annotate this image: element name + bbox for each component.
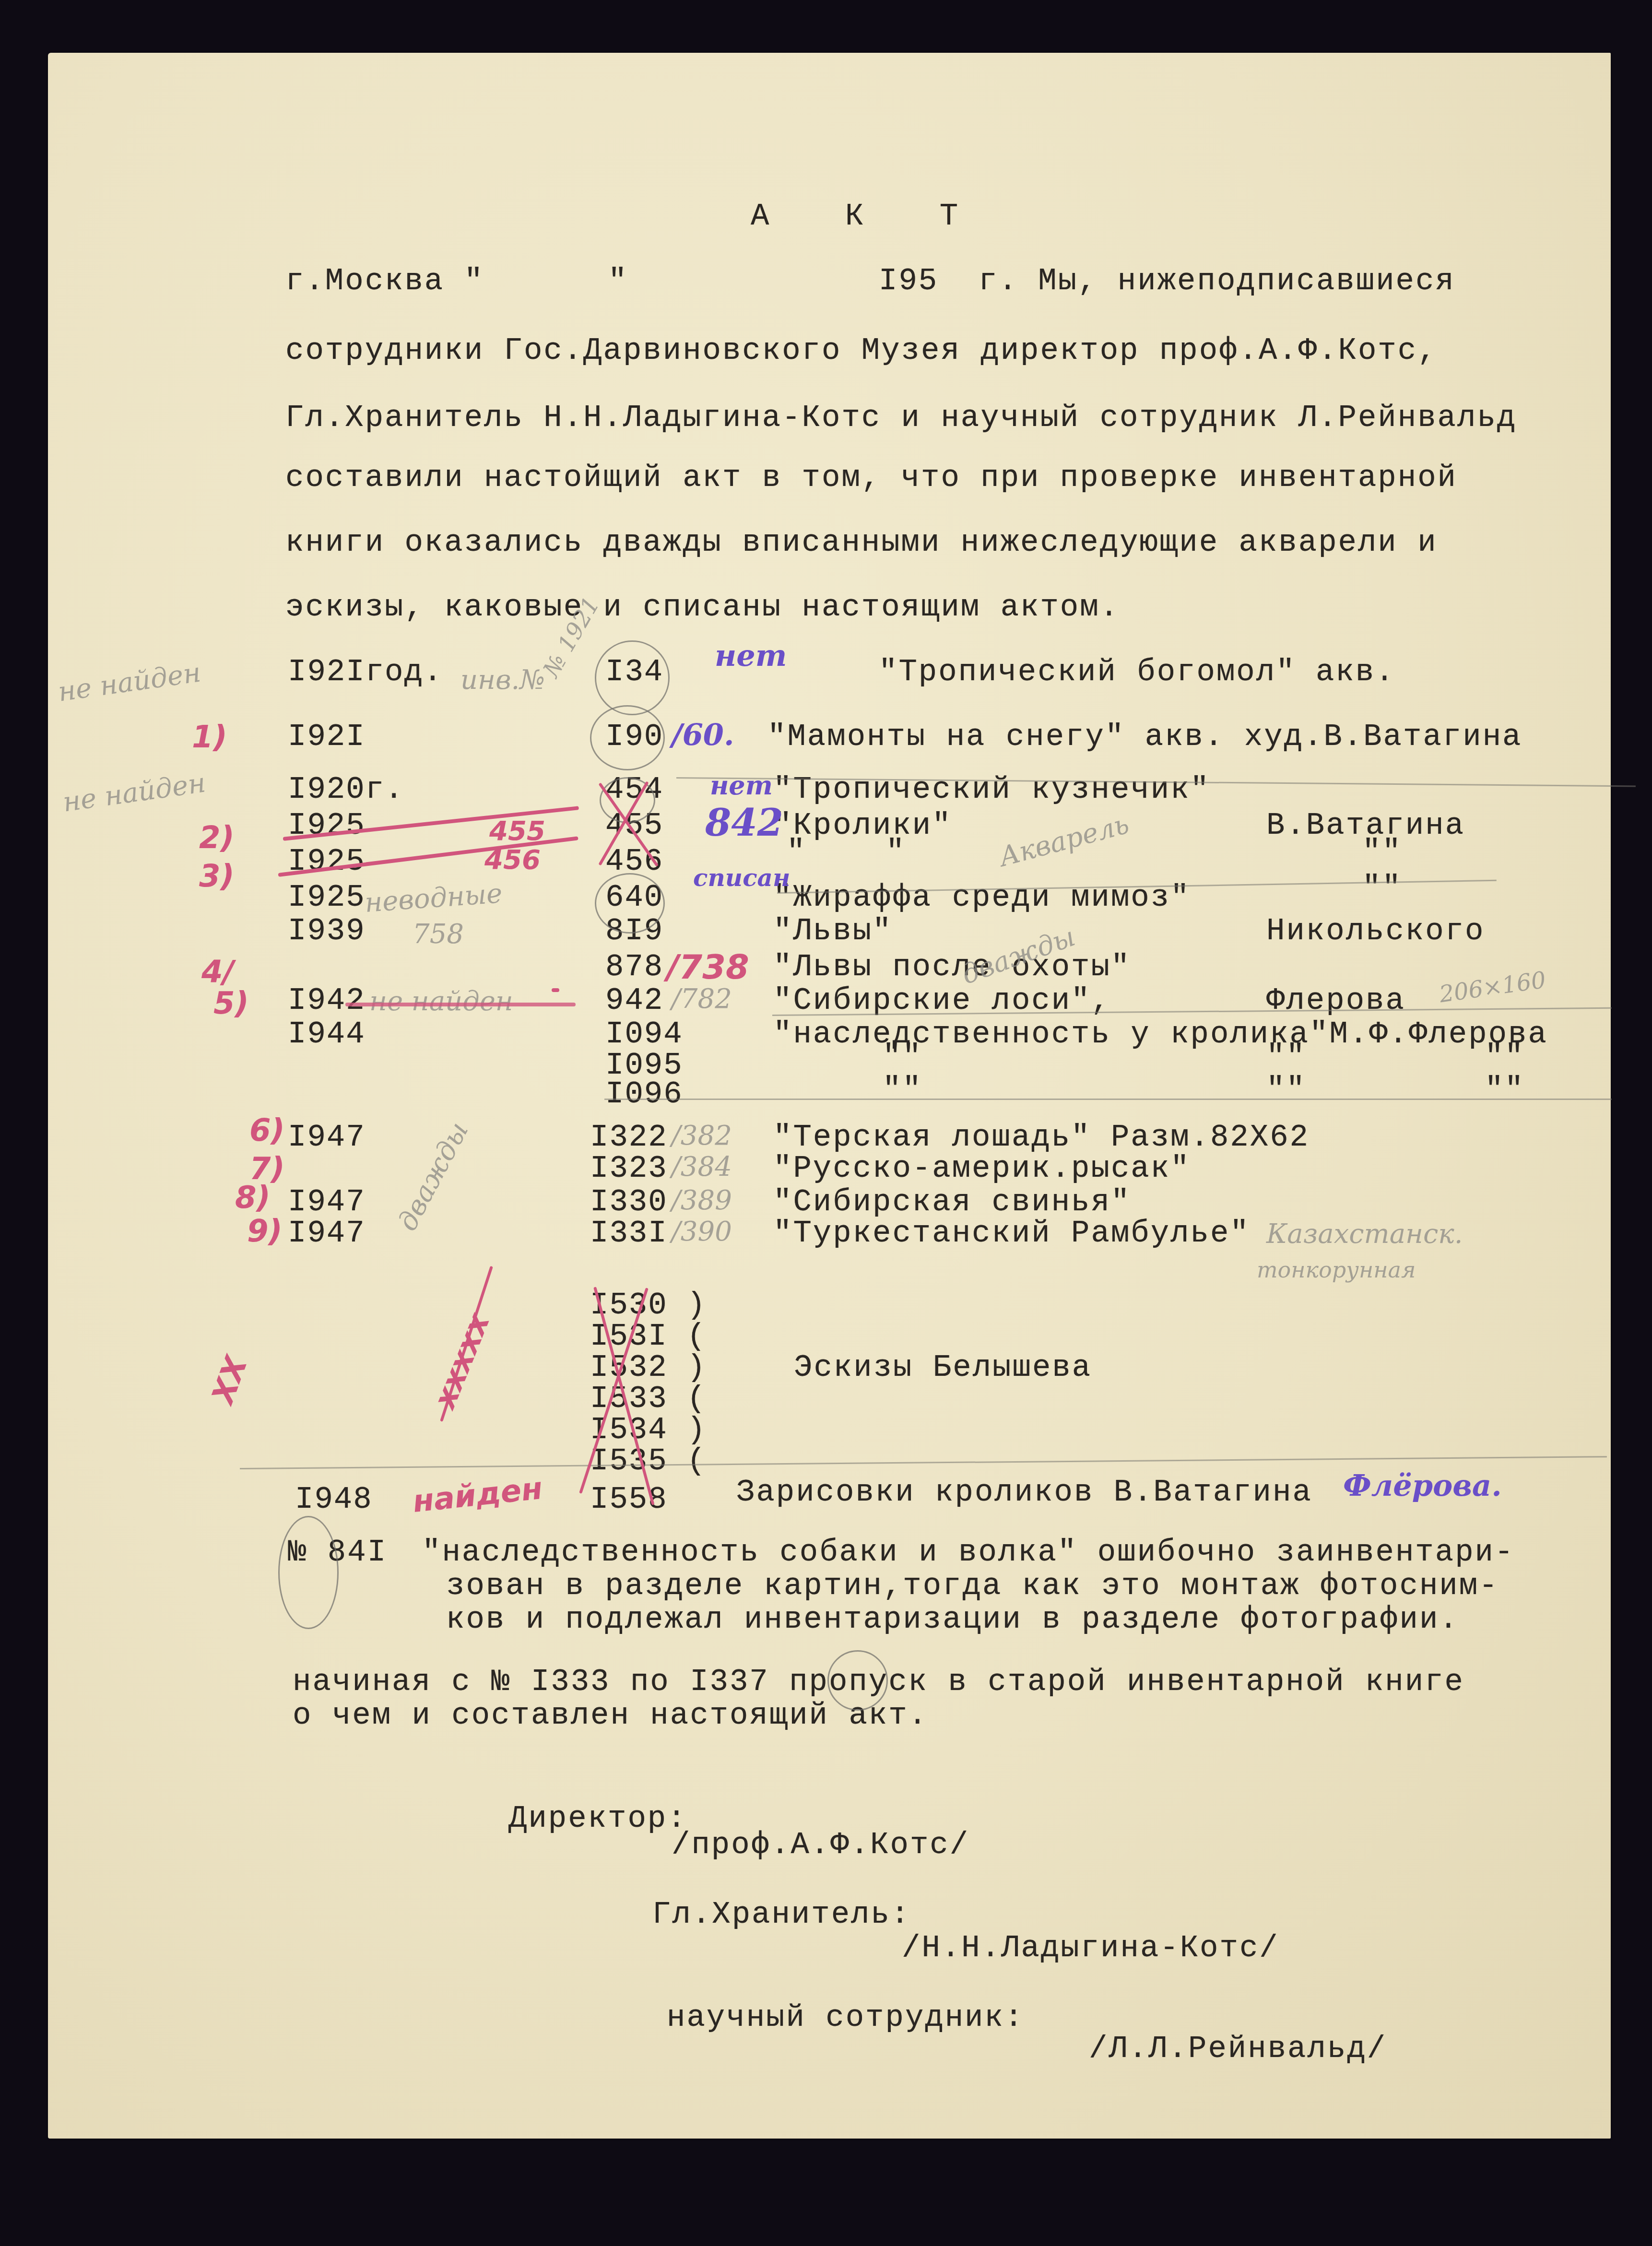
entry-number: I096: [605, 1079, 683, 1110]
red-number: 455: [489, 816, 545, 847]
entry-author: "": [1362, 873, 1402, 904]
pencil-note: /389: [672, 1185, 732, 1216]
entry-title: "": [883, 1075, 922, 1105]
entry-year: I947: [288, 1123, 366, 1153]
intro-line: книги оказались дважды вписанными нижесл…: [285, 528, 1438, 558]
entry-year: I920г.: [288, 775, 404, 805]
pencil-note: /384: [672, 1151, 732, 1182]
red-marker: 8): [235, 1180, 271, 1216]
header-rest: г. Мы, нижеподписавшиеся: [979, 266, 1455, 297]
entry-title: "Львы": [773, 916, 892, 947]
signature-role-keeper: Гл.Хранитель:: [652, 1900, 910, 1930]
entry-title: Зарисовки кроликов В.Ватагина: [736, 1478, 1312, 1508]
entry-author: Никольского: [1266, 916, 1485, 947]
header-place: г.Москва ": [285, 266, 484, 297]
entry-number: 942: [605, 986, 663, 1017]
sketches-label: Эскизы Белышева: [794, 1353, 1092, 1383]
entry-number: I323: [590, 1154, 668, 1184]
entry-author: Флерова: [1266, 986, 1405, 1017]
violet-note: нет: [715, 638, 787, 673]
intro-line: эскизы, каковые и списаны настоящим акто…: [285, 592, 1120, 623]
violet-note: нет: [710, 770, 773, 801]
sketch-number: I530 ): [590, 1290, 706, 1321]
red-marker: 4/: [201, 955, 234, 990]
red-marker: 3): [199, 859, 235, 894]
note-841-line: ков и подлежал инвентаризации в разделе …: [446, 1605, 1459, 1635]
pencil-circle: [278, 1516, 339, 1629]
gap-note-line: о чем и составлен настоящий акт.: [293, 1701, 928, 1731]
red-marker: 2): [199, 820, 235, 856]
entry-number: I094: [605, 1019, 683, 1050]
entry-title: "Сибирская свинья": [773, 1187, 1131, 1218]
entry-year: I944: [288, 1019, 366, 1050]
entry-year: I942: [288, 986, 366, 1017]
header-year: I95: [879, 266, 938, 297]
document-title: А К Т: [751, 201, 987, 232]
pencil-note: /390: [672, 1216, 732, 1247]
pencil-strikethrough: [604, 1099, 1612, 1100]
pencil-note: инв.№: [460, 664, 545, 696]
red-marker: 1): [192, 720, 227, 755]
pencil-note: /782: [672, 983, 732, 1015]
entry-number: I558: [590, 1485, 668, 1515]
pencil-note: не найден: [369, 986, 513, 1017]
pencil-circle: [595, 640, 670, 715]
signature-name-researcher: /Л.Л.Рейнвальд/: [1089, 2034, 1387, 2065]
note-841-line: "наследственность собаки и волка" ошибоч…: [422, 1537, 1514, 1568]
red-dashed-line: [345, 1003, 576, 1006]
signature-role-director: Директор:: [508, 1804, 687, 1834]
entry-number: I330: [590, 1187, 668, 1218]
violet-note: /60.: [672, 717, 734, 752]
entry-year: I939: [288, 916, 366, 947]
pencil-note: тонкорунная: [1257, 1257, 1416, 1283]
entry-title: "": [883, 1042, 922, 1073]
entry-author: "" "": [1266, 1075, 1524, 1105]
entry-title: "Мамонты на снегу" акв. худ.В.Ватагина: [767, 722, 1522, 753]
entry-number: I095: [605, 1051, 683, 1081]
entry-year: I947: [288, 1187, 366, 1218]
entry-year: I948: [295, 1485, 373, 1515]
red-marker: 9): [247, 1214, 283, 1249]
violet-note: Флёрова.: [1343, 1468, 1502, 1503]
entry-author: "" "": [1266, 1042, 1524, 1073]
entry-year: I925: [288, 883, 366, 913]
entry-title: "Терская лошадь" Разм.82Х62: [773, 1123, 1310, 1153]
signature-name-director: /проф.А.Ф.Котс/: [672, 1830, 969, 1861]
header-quote-close: ": [608, 266, 628, 297]
entry-title: " ": [787, 837, 906, 868]
pencil-circle: [827, 1650, 888, 1711]
entry-author: "": [1362, 837, 1402, 868]
entry-title: "Львы после охоты": [773, 952, 1131, 983]
pencil-circle: [595, 873, 665, 934]
entry-title: "Туркестанский Рамбулье": [773, 1218, 1250, 1249]
entry-year: I92I: [288, 722, 366, 753]
entry-title: "Тропический богомол" акв.: [879, 657, 1395, 688]
violet-note: списан: [693, 863, 790, 892]
signature-role-researcher: научный сотрудник:: [667, 2003, 1024, 2033]
entry-number: I322: [590, 1123, 668, 1153]
red-number: 456: [484, 844, 541, 875]
red-marker: 5): [213, 986, 249, 1021]
signature-name-keeper: /Н.Н.Ладыгина-Котс/: [902, 1933, 1279, 1964]
sketch-number: I535 (: [590, 1446, 706, 1477]
red-number: /738: [667, 947, 749, 987]
intro-line: Гл.Хранитель Н.Н.Ладыгина-Котс и научный…: [285, 403, 1517, 434]
note-841-line: зован в разделе картин,тогда как это мон…: [446, 1571, 1499, 1602]
intro-line: сотрудники Гос.Дарвиновского Музея дирек…: [285, 336, 1438, 366]
pencil-note: /382: [672, 1120, 732, 1151]
entry-number: 878: [605, 952, 663, 983]
pencil-circle: [590, 705, 665, 770]
entry-number: I33I: [590, 1218, 668, 1249]
sketch-number: I532 ): [590, 1353, 706, 1383]
violet-number: 842: [705, 801, 783, 845]
sketch-number: I534 ): [590, 1415, 706, 1446]
entry-title: "Русско-америк.рысак": [773, 1154, 1191, 1184]
entry-year: I947: [288, 1218, 366, 1249]
intro-line: составили настойщий акт в том, что при п…: [285, 463, 1457, 494]
pencil-note: 758: [413, 919, 464, 950]
red-marker: 6): [249, 1113, 285, 1148]
entry-year: I92Iгод.: [288, 657, 443, 688]
red-dash: [552, 988, 559, 992]
pencil-note: Казахстанск.: [1266, 1218, 1463, 1250]
